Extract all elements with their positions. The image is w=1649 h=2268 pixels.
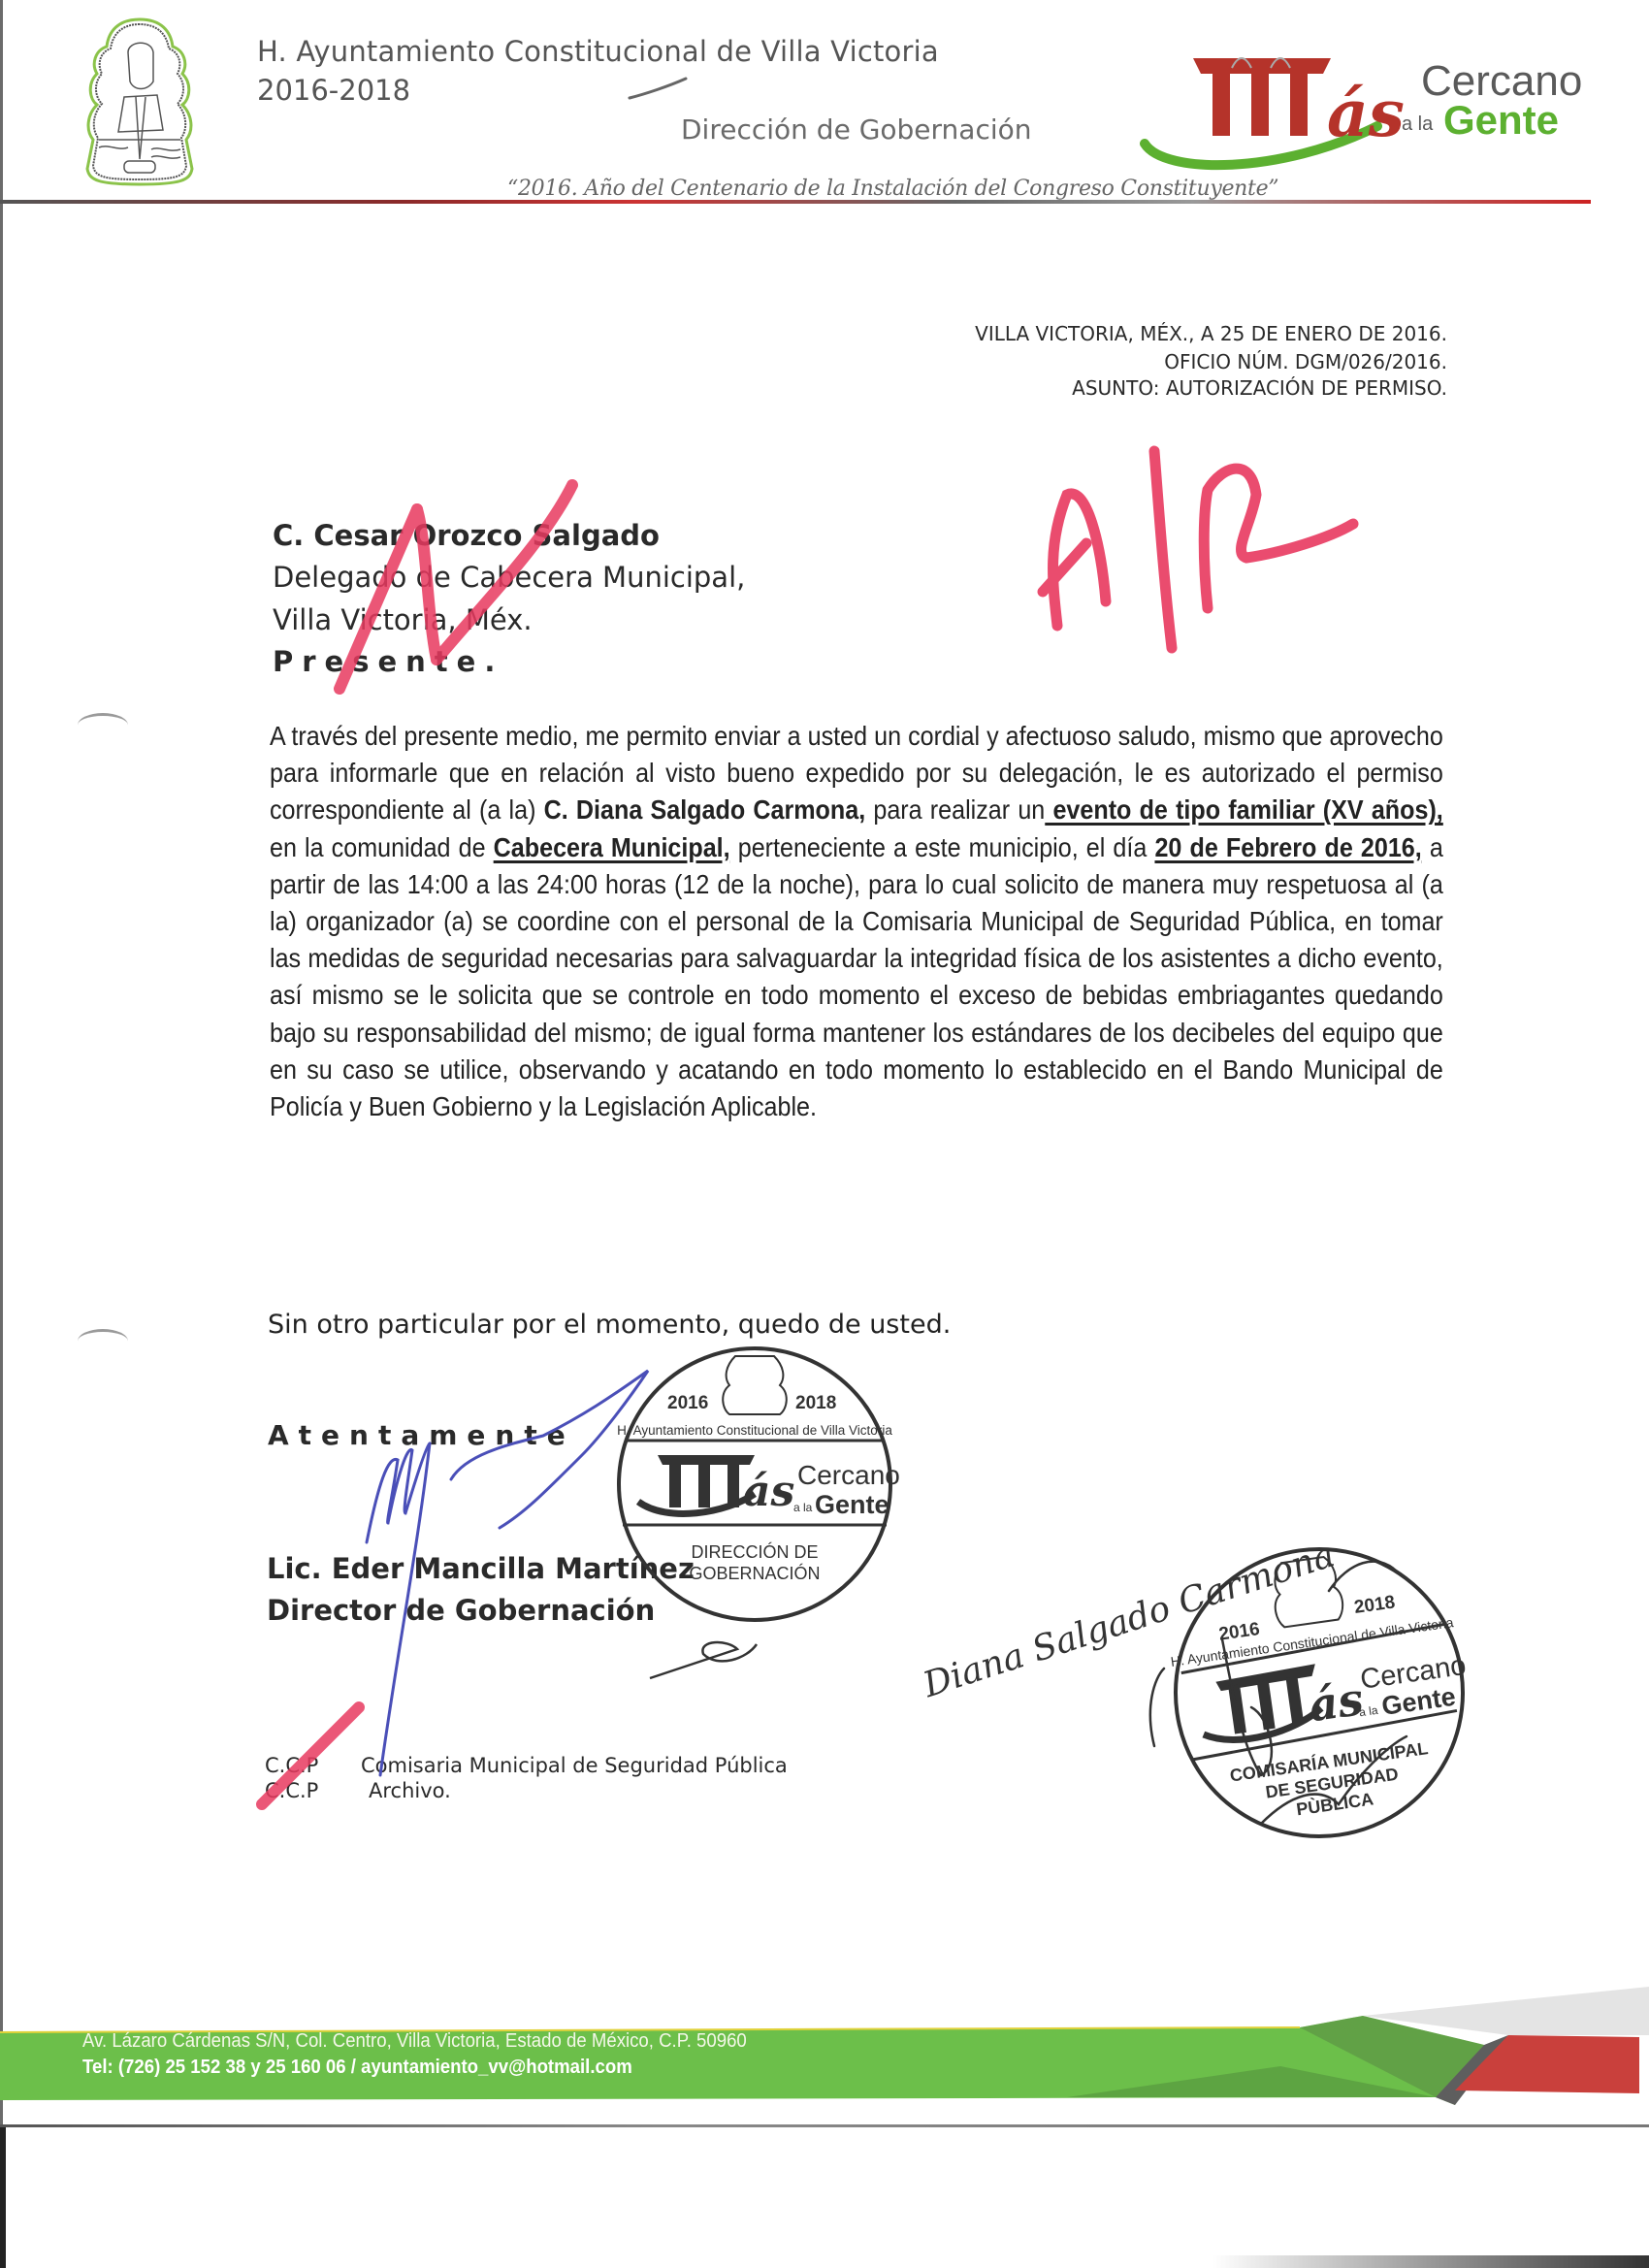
brand-logo: ás Cercano a la Gente	[1125, 29, 1591, 175]
letter-body: A través del presente medio, me permito …	[270, 718, 1443, 1125]
office-number: OFICIO NÚM. DGM/026/2016.	[1164, 350, 1447, 373]
svg-text:a la: a la	[1402, 113, 1434, 135]
recipient-place: Villa Victoria, Méx.	[273, 603, 533, 636]
department-name: Dirección de Gobernación	[681, 113, 1032, 146]
punch-hole-mark	[78, 1329, 128, 1353]
administration-period: 2016-2018	[257, 74, 410, 107]
header-divider	[0, 200, 1591, 204]
year-slogan: “2016. Año del Centenario de la Instalac…	[507, 177, 1278, 201]
event-date: 20 de Febrero de 2016,	[1154, 832, 1421, 862]
svg-text:H. Ayuntamiento Constitucional: H. Ayuntamiento Constitucional de Villa …	[617, 1423, 892, 1438]
svg-text:2018: 2018	[1353, 1592, 1397, 1618]
body-text: para realizar un	[865, 794, 1045, 825]
signatory-role: Director de Gobernación	[267, 1594, 655, 1627]
regards: Atentamente	[268, 1419, 575, 1451]
scan-edge-corner	[0, 2127, 6, 2268]
footer-address: Av. Lázaro Cárdenas S/N, Col. Centro, Vi…	[82, 2030, 747, 2053]
municipal-crest-icon	[80, 14, 200, 188]
stamp-direccion-gobernacion: 2016 2018 H. Ayuntamiento Constitucional…	[609, 1339, 900, 1630]
scan-edge-shadow	[1212, 2255, 1649, 2268]
stamp-signature	[650, 1642, 757, 1678]
svg-text:ás: ás	[743, 1467, 794, 1516]
svg-text:2016: 2016	[667, 1393, 708, 1413]
footer-contact: Tel: (726) 25 152 38 y 25 160 06 / ayunt…	[82, 2057, 632, 2079]
beneficiary-name: C. Diana Salgado Carmona,	[544, 794, 866, 825]
stamp-comisaria-seguridad: 2016 2018 H. Ayuntamiento Constitucional…	[1144, 1517, 1494, 1867]
cc-recipient: Archivo.	[369, 1779, 451, 1802]
punch-hole-mark	[78, 713, 128, 737]
event-type: evento de tipo familiar (XV años),	[1045, 794, 1443, 825]
body-text: perteneciente a este municipio, el día	[730, 832, 1155, 862]
cc-label: C.C.P	[265, 1754, 318, 1777]
svg-text:Gente: Gente	[815, 1490, 889, 1519]
salutation: Presente.	[273, 645, 503, 678]
svg-text:ás: ás	[1306, 1672, 1367, 1732]
svg-text:a la: a la	[1358, 1703, 1378, 1720]
svg-text:GOBERNACIÓN: GOBERNACIÓN	[689, 1563, 820, 1583]
cc-recipient: Comisaria Municipal de Seguridad Pública	[361, 1754, 788, 1777]
body-text: a partir de las 14:00 a las 24:00 horas …	[270, 832, 1443, 1121]
svg-text:2018: 2018	[795, 1393, 836, 1413]
recipient-title: Delegado de Cabecera Municipal,	[273, 561, 745, 594]
svg-text:a la: a la	[793, 1501, 813, 1514]
organization-name: H. Ayuntamiento Constitucional de Villa …	[257, 35, 939, 68]
svg-text:ás: ás	[1327, 76, 1405, 151]
staple-mark-icon	[626, 73, 694, 104]
scan-edge-left	[0, 0, 3, 2268]
community-name: Cabecera Municipal,	[494, 832, 730, 862]
svg-text:Gente: Gente	[1443, 97, 1559, 143]
body-text: en la comunidad de	[270, 832, 494, 862]
svg-text:Cercano: Cercano	[797, 1460, 900, 1490]
received-mark-ar	[1043, 451, 1353, 648]
svg-text:DIRECCIÓN DE: DIRECCIÓN DE	[691, 1541, 818, 1562]
closing-line: Sin otro particular por el momento, qued…	[268, 1310, 951, 1340]
place-date: VILLA VICTORIA, MÉX., A 25 DE ENERO DE 2…	[975, 322, 1447, 345]
cc-label: C.C.P	[265, 1779, 318, 1802]
recipient-name: C. Cesar Orozco Salgado	[273, 519, 660, 552]
subject-line: ASUNTO: AUTORIZACIÓN DE PERMISO.	[1072, 376, 1447, 400]
